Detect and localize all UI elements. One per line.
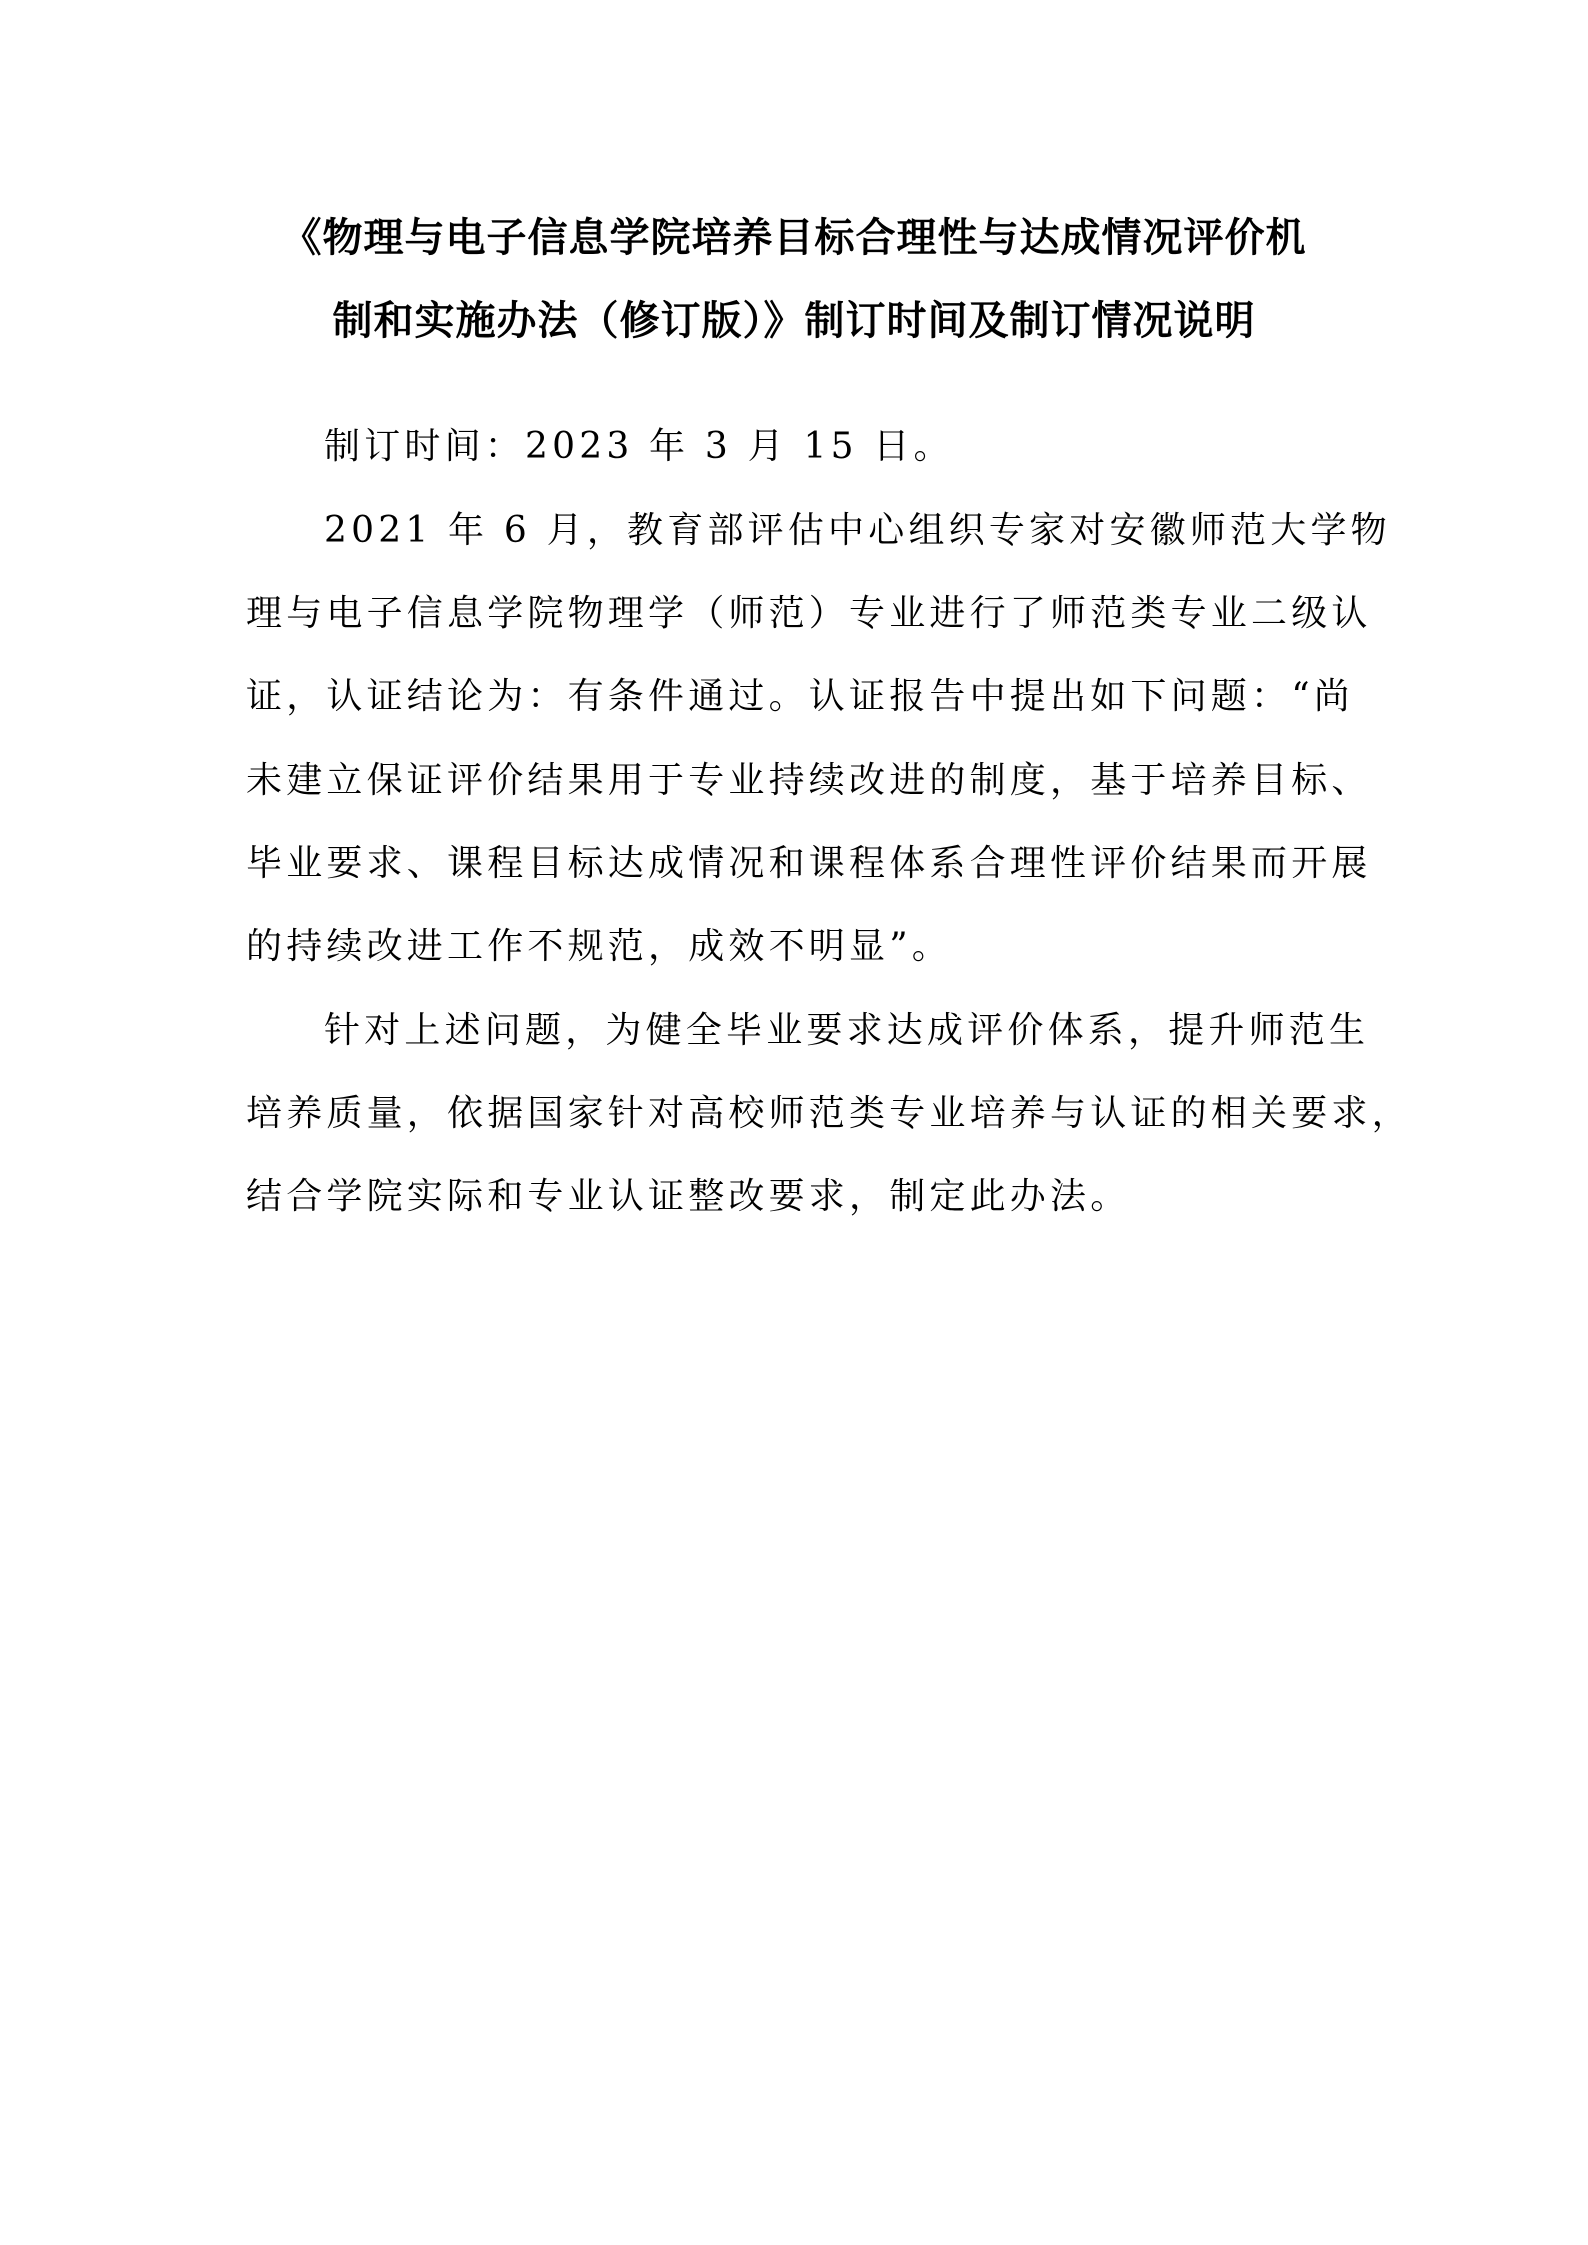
document-page: 《物理与电子信息学院培养目标合理性与达成情况评价机 制和实施办法（修订版）》制订… [0,0,1588,2245]
paragraph-1-line-6: 的持续改进工作不规范，成效不明显”。 [246,918,952,969]
paragraph-1-line-1: 2021 年 6 月，教育部评估中心组织专家对安徽师范大学物 [324,502,1391,553]
paragraph-1-line-4: 未建立保证评价结果用于专业持续改进的制度，基于培养目标、 [246,752,1372,803]
paragraph-1-line-5: 毕业要求、课程目标达成情况和课程体系合理性评价结果而开展 [246,835,1372,886]
revision-date: 制订时间：2023 年 3 月 15 日。 [324,418,954,469]
document-title-line-1: 《物理与电子信息学院培养目标合理性与达成情况评价机 [0,206,1588,263]
document-title-line-2: 制和实施办法（修订版）》制订时间及制订情况说明 [0,289,1588,346]
paragraph-1-line-3: 证，认证结论为：有条件通过。认证报告中提出如下问题：“尚 [246,668,1354,719]
paragraph-1-line-2: 理与电子信息学院物理学（师范）专业进行了师范类专业二级认 [246,585,1372,636]
paragraph-2-line-1: 针对上述问题，为健全毕业要求达成评价体系，提升师范生 [324,1002,1369,1053]
paragraph-2-line-3: 结合学院实际和专业认证整改要求，制定此办法。 [246,1168,1130,1219]
paragraph-2-line-2: 培养质量，依据国家针对高校师范类专业培养与认证的相关要求， [246,1085,1412,1136]
